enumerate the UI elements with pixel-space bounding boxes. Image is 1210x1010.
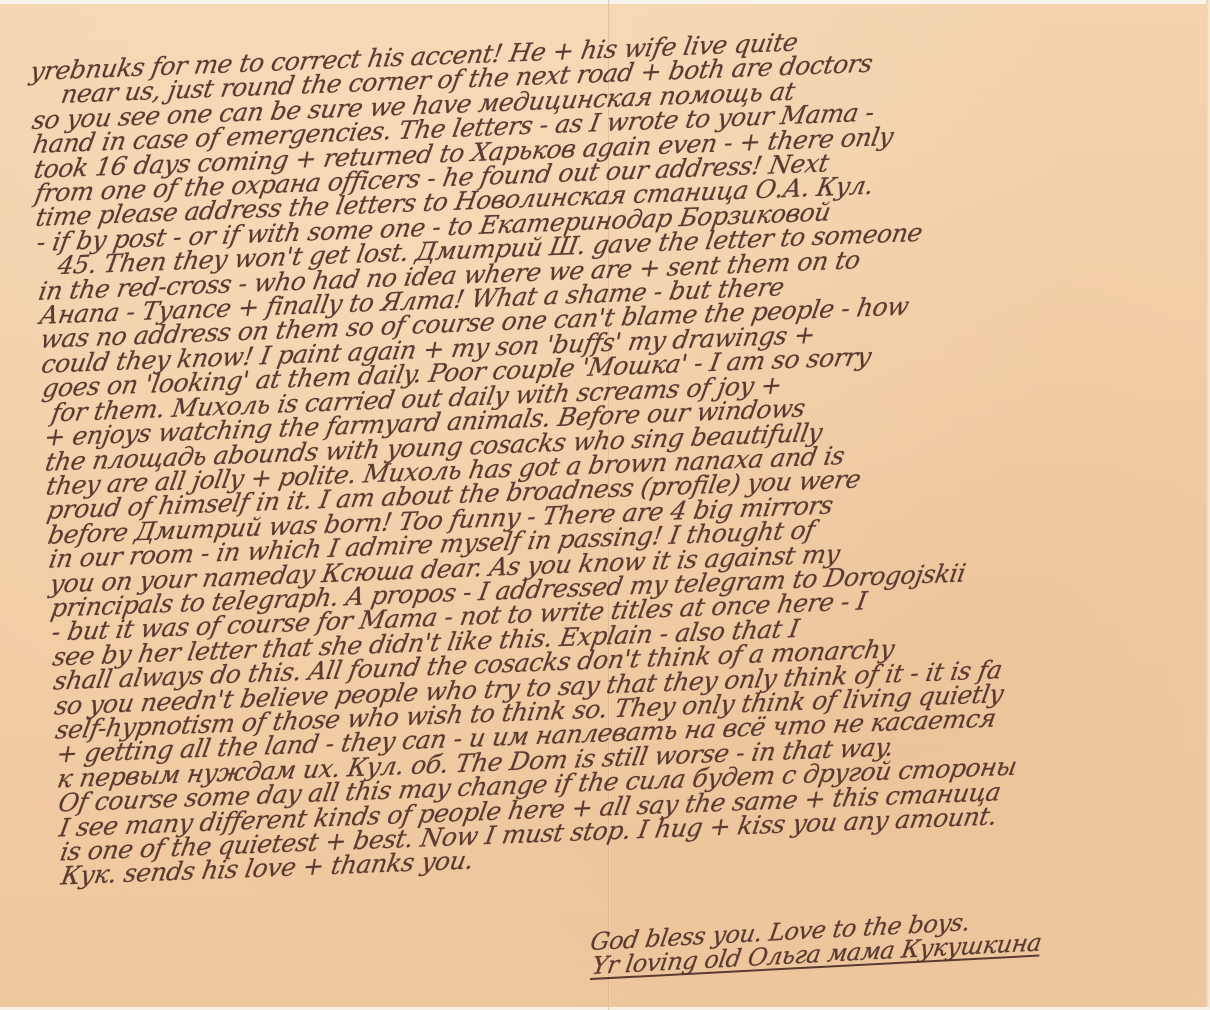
paper-top-edge: [0, 0, 1210, 4]
letter-closing: God bless you. Love to the boys. Yr lovi…: [590, 906, 1042, 979]
letter-body: yrebnuks for me to correct his accent! H…: [30, 15, 1210, 889]
letter-page: yrebnuks for me to correct his accent! H…: [0, 0, 1210, 1010]
